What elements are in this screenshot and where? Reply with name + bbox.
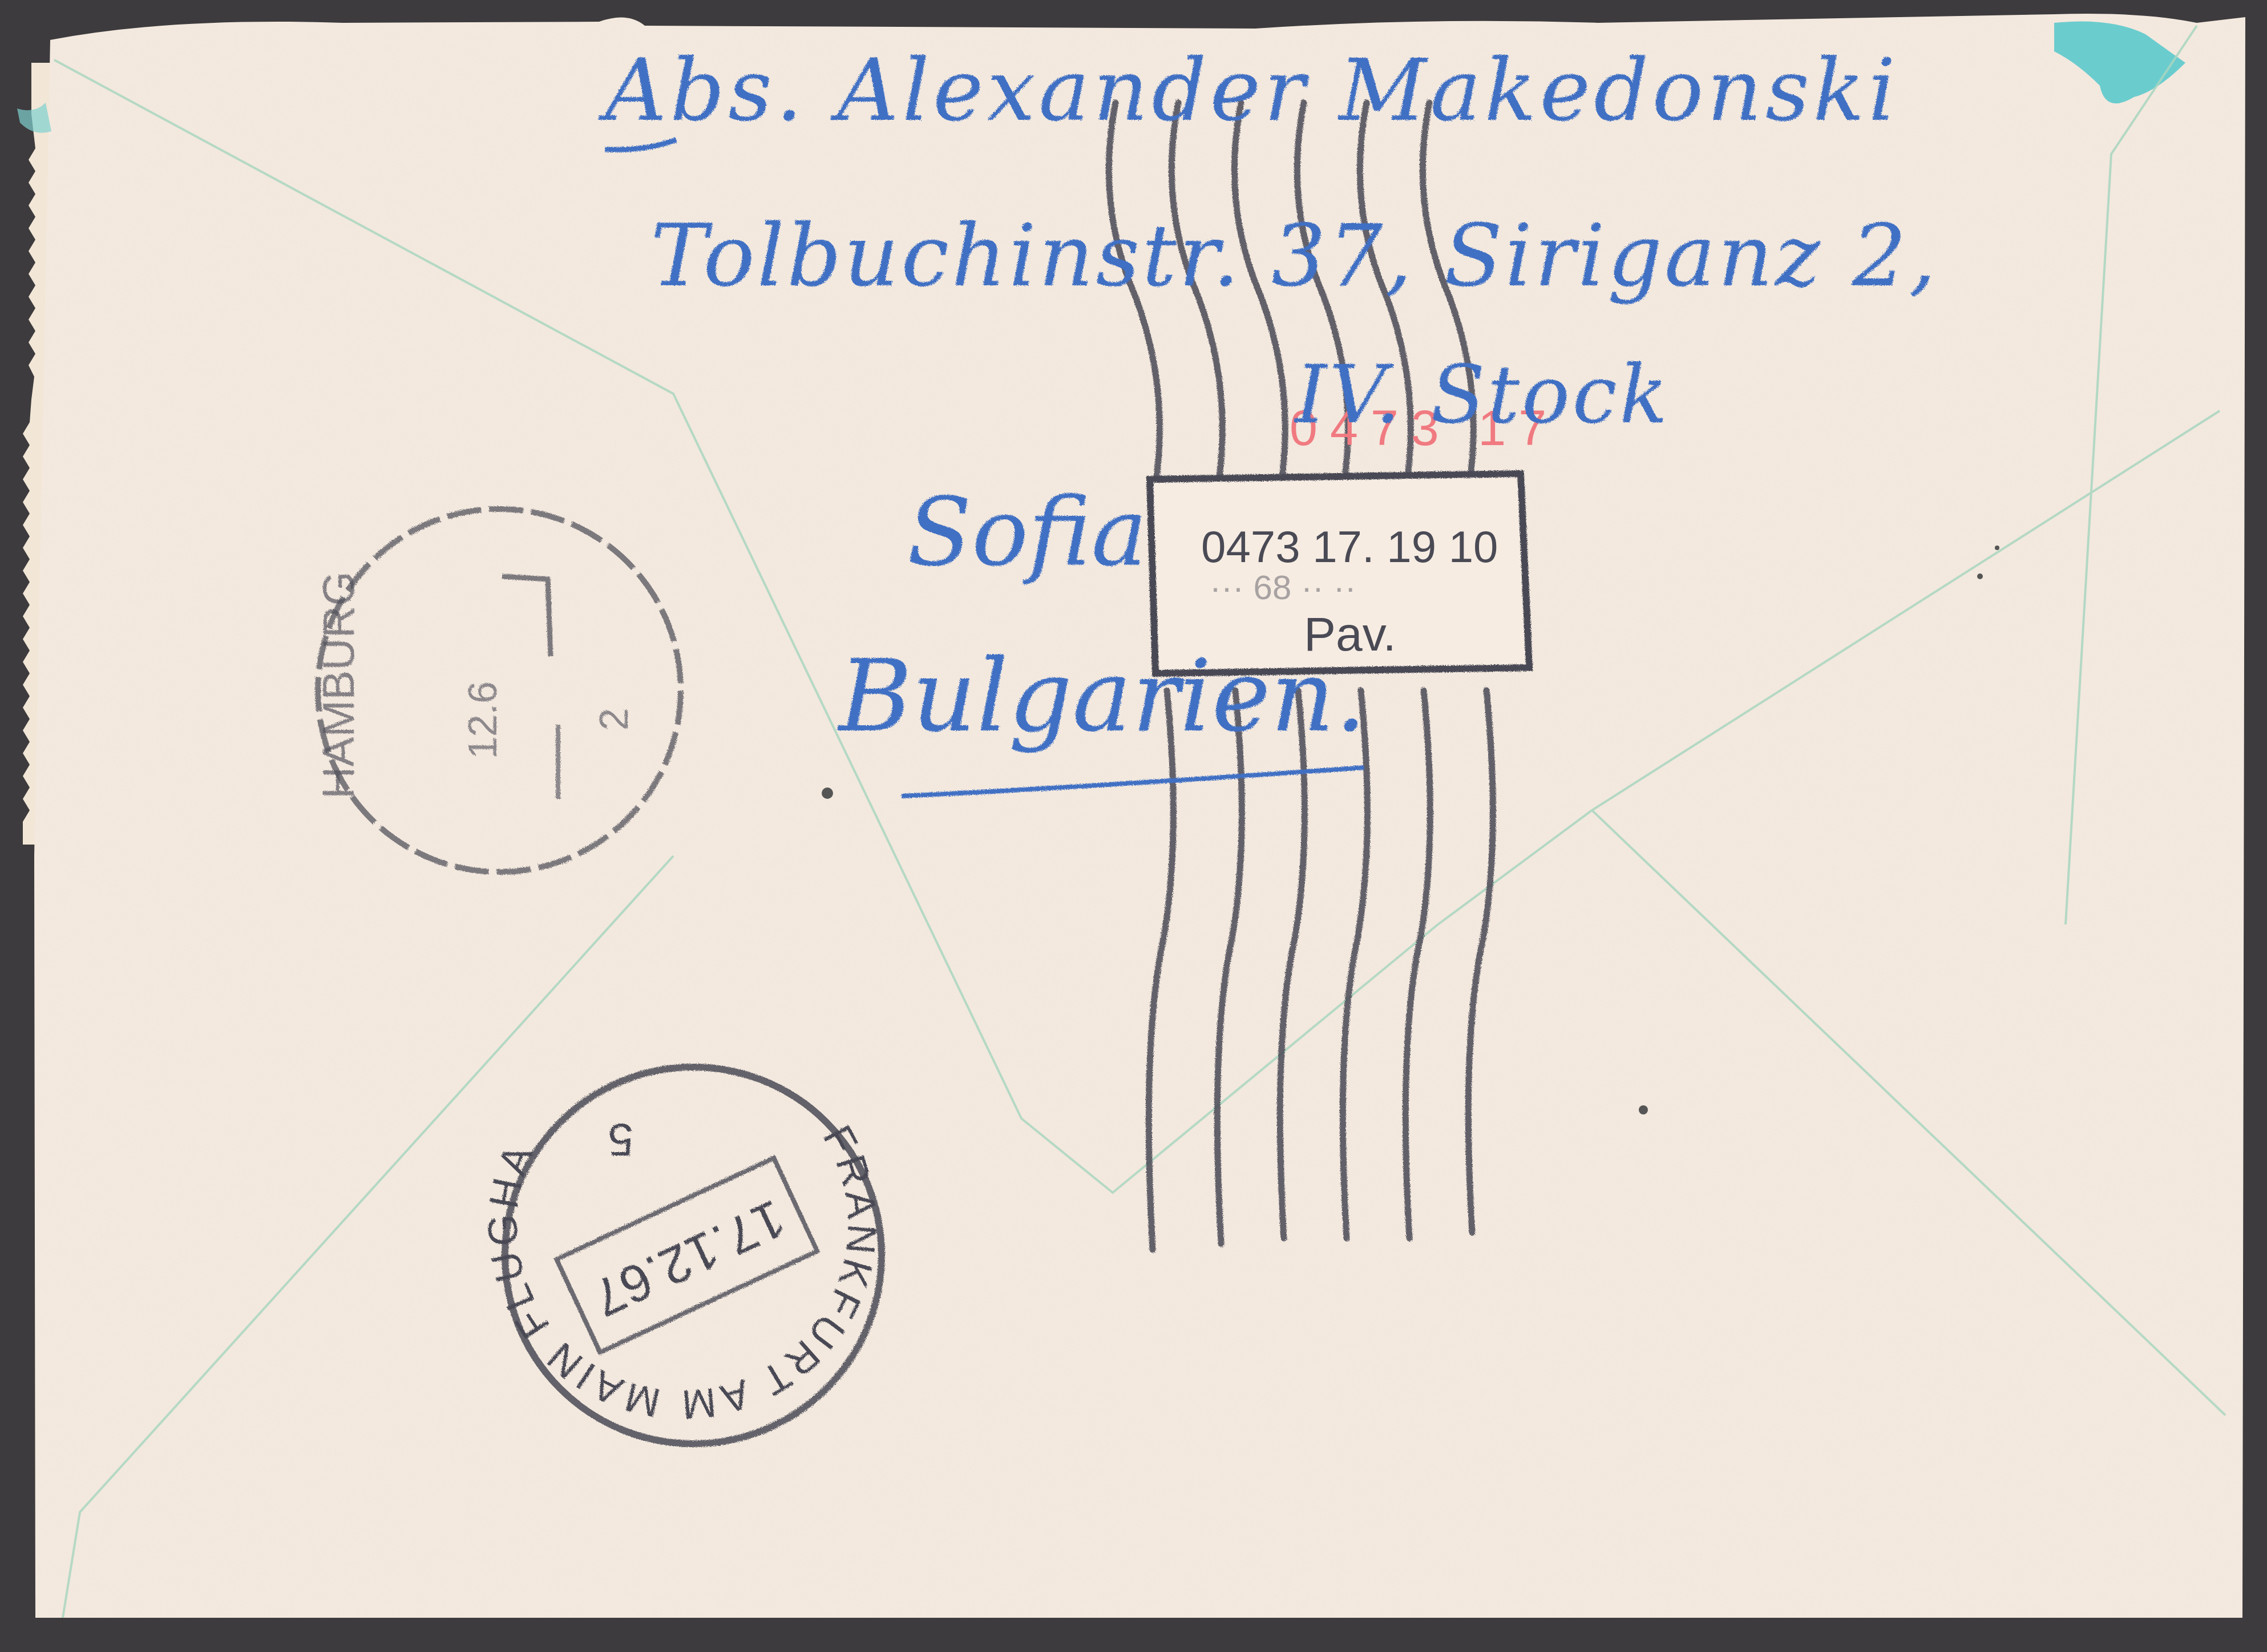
sender-country: Bulgarien. <box>837 639 1367 754</box>
sender-line-2: Tolbuchinstr. 37, Siriganz 2, <box>650 207 1938 306</box>
sender-line-1: Abs. Alexander Makedonski <box>598 41 1899 140</box>
registration-box-line2: ··· 68 ·· ·· <box>1210 568 1356 607</box>
postmark-frankfurt-top-digit: 5 <box>608 1114 634 1165</box>
postmark-hamburg-ring-text: HAMBURG <box>313 571 363 799</box>
postmark-hamburg-digit: 2 <box>592 708 636 730</box>
sender-line-3: IV. Stock <box>1294 349 1670 442</box>
registration-box-line1: 0473 17. 19 10 <box>1201 522 1498 572</box>
envelope-scan: 0473 17 0473 17. 19 10 ··· 68 ·· ·· Pav.… <box>0 0 2267 1652</box>
sender-city: Sofia <box>907 478 1147 587</box>
postmark-hamburg-date: 12.6 <box>460 681 505 759</box>
